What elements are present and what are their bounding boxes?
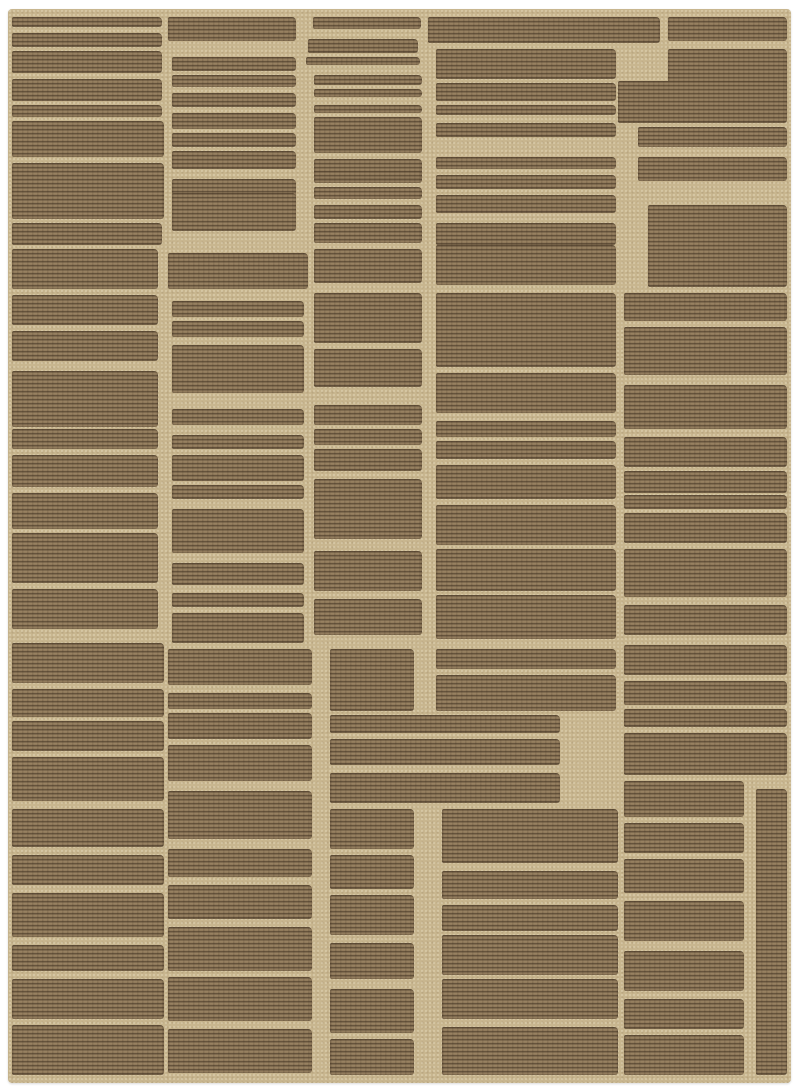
loop-pile-block [314, 105, 422, 113]
loop-pile-block [172, 485, 304, 499]
loop-pile-block [12, 79, 162, 101]
loop-pile-block [436, 649, 616, 669]
loop-pile-block [436, 105, 616, 115]
loop-pile-block [624, 781, 744, 817]
loop-pile-block [330, 1039, 414, 1075]
loop-pile-block [436, 373, 616, 413]
loop-pile-block [172, 75, 296, 87]
loop-pile-block [624, 513, 787, 543]
loop-pile-block [436, 175, 616, 189]
loop-pile-block [172, 593, 304, 607]
loop-pile-block [168, 791, 312, 839]
loop-pile-block [314, 205, 422, 219]
loop-pile-block [168, 713, 312, 739]
loop-pile-block [314, 249, 422, 283]
loop-pile-block [624, 549, 787, 597]
loop-pile-block [314, 75, 422, 85]
loop-pile-block [12, 809, 164, 847]
loop-pile-block [624, 709, 787, 727]
loop-pile-block [330, 649, 414, 711]
loop-pile-block [428, 17, 660, 43]
loop-pile-block [168, 927, 312, 971]
loop-pile-block [624, 495, 787, 509]
loop-pile-block [624, 385, 787, 429]
loop-pile-block [168, 17, 296, 41]
loop-pile-block [168, 977, 312, 1021]
loop-pile-block [314, 479, 422, 539]
loop-pile-block [624, 951, 744, 991]
loop-pile-block [624, 733, 787, 775]
loop-pile-block [12, 455, 158, 487]
loop-pile-block [648, 205, 787, 287]
loop-pile-block [624, 859, 744, 893]
loop-pile-block [624, 471, 787, 493]
loop-pile-block [436, 465, 616, 499]
loop-pile-block [436, 595, 616, 639]
loop-pile-block [436, 549, 616, 591]
loop-pile-block [436, 505, 616, 545]
loop-pile-block [12, 855, 164, 885]
loop-pile-block [624, 823, 744, 853]
loop-pile-block [168, 885, 312, 919]
loop-pile-block [436, 83, 616, 101]
loop-pile-block [12, 17, 162, 27]
loop-pile-block [436, 421, 616, 437]
loop-pile-block [172, 435, 304, 449]
loop-pile-block [12, 223, 162, 245]
loop-pile-block [172, 345, 304, 393]
loop-pile-block [618, 81, 787, 123]
loop-pile-block [12, 121, 164, 157]
loop-pile-block [436, 441, 616, 459]
loop-pile-block [442, 809, 618, 863]
loop-pile-block [12, 893, 164, 937]
loop-pile-block [12, 33, 162, 47]
loop-pile-block [442, 871, 618, 899]
loop-pile-block [330, 809, 414, 849]
loop-pile-block [330, 773, 560, 803]
loop-pile-block [12, 331, 158, 361]
loop-pile-block [314, 89, 422, 97]
loop-pile-block [624, 605, 787, 635]
loop-pile-block [172, 133, 296, 147]
loop-pile-block [172, 563, 304, 585]
loop-pile-block [330, 989, 414, 1033]
loop-pile-block [314, 429, 422, 445]
loop-pile-block [436, 675, 616, 711]
loop-pile-block [314, 187, 422, 199]
image-caption: Rectangular area rug with hand-tufted/lo… [8, 9, 9, 10]
loop-pile-block [12, 105, 162, 117]
loop-pile-block [12, 295, 158, 325]
loop-pile-block [756, 789, 787, 1075]
loop-pile-block [436, 223, 616, 245]
loop-pile-block [12, 721, 164, 751]
loop-pile-block [168, 253, 308, 289]
loop-pile-block [624, 681, 787, 705]
loop-pile-block [172, 613, 304, 643]
loop-pile-block [436, 49, 616, 79]
loop-pile-block [12, 163, 164, 219]
loop-pile-block [168, 693, 312, 709]
loop-pile-block [172, 455, 304, 481]
loop-pile-block [313, 17, 421, 29]
loop-pile-block [330, 739, 560, 765]
loop-pile-block [12, 689, 164, 717]
loop-pile-block [172, 151, 296, 169]
loop-pile-block [330, 943, 414, 979]
loop-pile-block [172, 93, 296, 107]
loop-pile-block [668, 17, 787, 41]
loop-pile-block [12, 51, 162, 73]
loop-pile-block [172, 113, 296, 129]
loop-pile-block [624, 327, 787, 375]
loop-pile-block [624, 437, 787, 467]
loop-pile-block [12, 249, 158, 289]
loop-pile-block [436, 123, 616, 137]
loop-pile-block [624, 645, 787, 675]
loop-pile-block [624, 293, 787, 321]
loop-pile-block [314, 551, 422, 591]
loop-pile-block [168, 849, 312, 877]
loop-pile-block [12, 643, 164, 683]
loop-pile-block [330, 895, 414, 935]
loop-pile-block [172, 57, 296, 71]
loop-pile-block [314, 449, 422, 471]
loop-pile-block [172, 509, 304, 553]
loop-pile-block [638, 127, 787, 147]
loop-pile-block [330, 715, 560, 733]
loop-pile-block [12, 979, 164, 1019]
loop-pile-block [172, 321, 304, 337]
loop-pile-block [172, 193, 296, 231]
loop-pile-block [314, 117, 422, 153]
loop-pile-block [168, 745, 312, 781]
loop-pile-block [168, 649, 312, 685]
loop-pile-block [168, 1029, 312, 1073]
loop-pile-block [12, 371, 158, 427]
loop-pile-block [442, 905, 618, 931]
loop-pile-block [436, 157, 616, 169]
loop-pile-block [624, 999, 744, 1029]
loop-pile-block [624, 901, 744, 941]
loop-pile-block [436, 195, 616, 213]
loop-pile-block [12, 533, 158, 583]
loop-pile-block [314, 405, 422, 425]
loop-pile-block [442, 1027, 618, 1075]
loop-pile-block [436, 293, 616, 367]
loop-pile-block [314, 599, 422, 635]
loop-pile-block [308, 39, 418, 53]
loop-pile-block [442, 979, 618, 1019]
loop-pile-block [314, 349, 422, 387]
loop-pile-block [314, 223, 422, 243]
loop-pile-block [12, 493, 158, 529]
rug-photo: Rectangular area rug with hand-tufted/lo… [8, 9, 791, 1083]
loop-pile-block [638, 157, 787, 181]
loop-pile-block [12, 1025, 164, 1075]
loop-pile-block [314, 293, 422, 343]
loop-pile-block [442, 935, 618, 975]
loop-pile-block [12, 429, 158, 449]
loop-pile-block [436, 245, 616, 285]
loop-pile-block [12, 589, 158, 629]
loop-pile-block [172, 409, 304, 425]
loop-pile-block [12, 945, 164, 971]
loop-pile-block [330, 855, 414, 889]
loop-pile-block [12, 757, 164, 801]
loop-pile-block [172, 301, 304, 317]
loop-pile-block [314, 171, 422, 179]
loop-pile-block [306, 57, 420, 65]
loop-pile-block [624, 1035, 744, 1075]
